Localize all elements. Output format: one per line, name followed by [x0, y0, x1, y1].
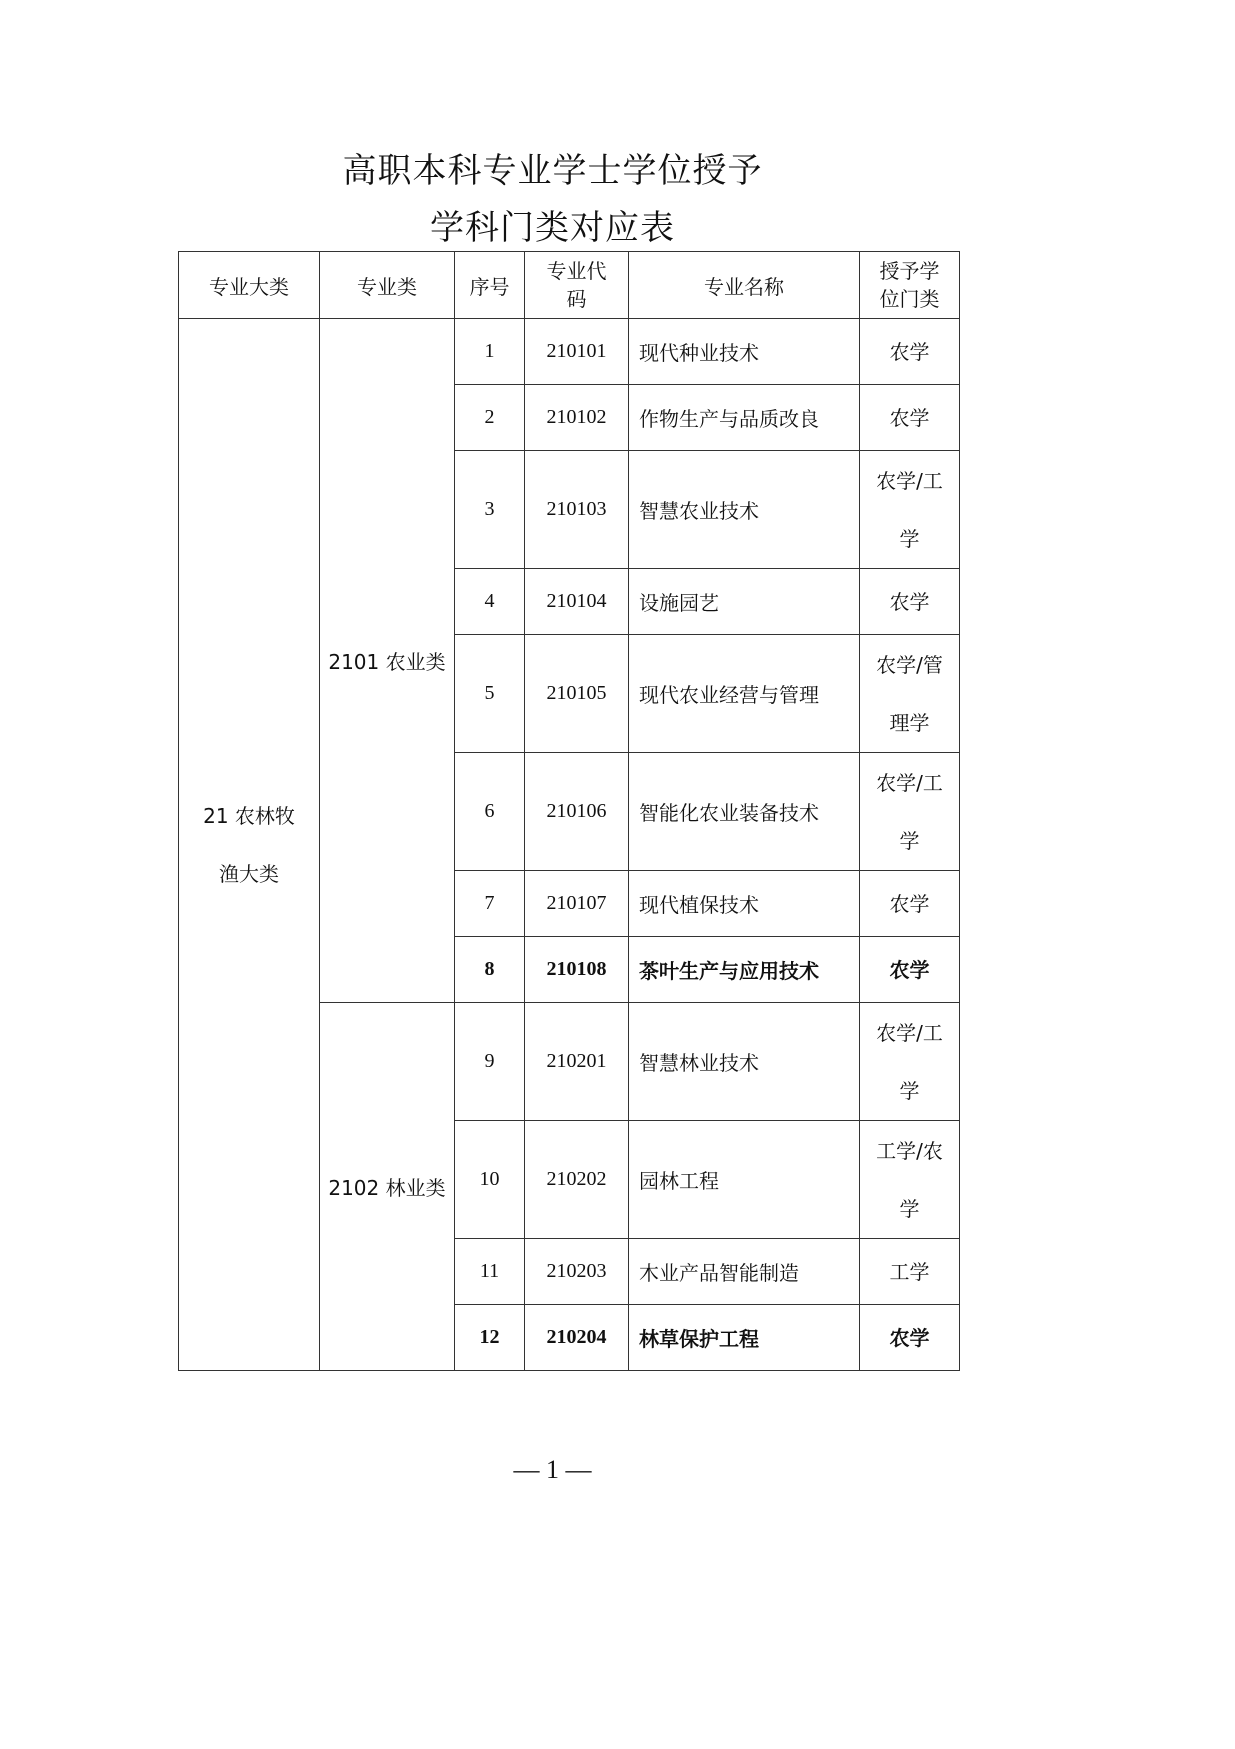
major-name-cell: 园林工程 [629, 1121, 860, 1239]
degree-cell: 工学/农学 [860, 1121, 960, 1239]
degree-cell: 农学 [860, 319, 960, 385]
degree-text: 工学/农学 [875, 1122, 945, 1238]
degree-cell: 农学/工学 [860, 753, 960, 871]
degree-text: 农学/工学 [875, 1004, 945, 1120]
major-name-cell: 智慧农业技术 [629, 451, 860, 569]
degree-cell: 农学 [860, 937, 960, 1003]
degree-cell: 农学 [860, 569, 960, 635]
major-name-cell: 现代农业经营与管理 [629, 635, 860, 753]
degree-text: 农学 [875, 875, 945, 933]
seq-cell: 10 [455, 1121, 525, 1239]
header-degree-text: 授予学位门类 [878, 257, 942, 313]
document-title-line1: 高职本科专业学士学位授予 [0, 143, 1105, 192]
document-title-line2: 学科门类对应表 [0, 200, 1105, 249]
code-cell: 210105 [525, 635, 629, 753]
table-row: 21 农林牧渔大类2101 农业类1210101现代种业技术农学 [179, 319, 960, 385]
code-cell: 210203 [525, 1239, 629, 1305]
major-name-cell: 茶叶生产与应用技术 [629, 937, 860, 1003]
seq-cell: 8 [455, 937, 525, 1003]
seq-cell: 7 [455, 871, 525, 937]
seq-cell: 3 [455, 451, 525, 569]
major-name-cell: 现代种业技术 [629, 319, 860, 385]
degree-cell: 农学/管理学 [860, 635, 960, 753]
degree-cell: 农学/工学 [860, 1003, 960, 1121]
header-degree: 授予学位门类 [860, 252, 960, 319]
major-name-cell: 作物生产与品质改良 [629, 385, 860, 451]
table-body: 21 农林牧渔大类2101 农业类1210101现代种业技术农学2210102作… [179, 319, 960, 1371]
degree-cell: 农学 [860, 385, 960, 451]
degree-cell: 农学 [860, 1305, 960, 1371]
major-name-cell: 设施园艺 [629, 569, 860, 635]
seq-cell: 6 [455, 753, 525, 871]
major-name-cell: 林草保护工程 [629, 1305, 860, 1371]
major-name-cell: 智慧林业技术 [629, 1003, 860, 1121]
seq-cell: 4 [455, 569, 525, 635]
header-name: 专业名称 [629, 252, 860, 319]
code-cell: 210101 [525, 319, 629, 385]
degree-text: 农学/工学 [875, 452, 945, 568]
code-cell: 210202 [525, 1121, 629, 1239]
degree-text: 农学/管理学 [875, 636, 945, 752]
code-cell: 210108 [525, 937, 629, 1003]
seq-cell: 11 [455, 1239, 525, 1305]
code-cell: 210102 [525, 385, 629, 451]
header-major-class: 专业类 [320, 252, 455, 319]
degree-cell: 农学 [860, 871, 960, 937]
page-number: — 1 — [0, 1455, 1105, 1485]
header-code-text: 专业代码 [545, 257, 609, 313]
seq-cell: 2 [455, 385, 525, 451]
header-code: 专业代码 [525, 252, 629, 319]
degree-text: 农学 [875, 1309, 945, 1367]
seq-cell: 12 [455, 1305, 525, 1371]
major-name-cell: 现代植保技术 [629, 871, 860, 937]
major-name-cell: 智能化农业装备技术 [629, 753, 860, 871]
code-cell: 210204 [525, 1305, 629, 1371]
code-cell: 210107 [525, 871, 629, 937]
degree-text: 农学 [875, 323, 945, 381]
seq-cell: 1 [455, 319, 525, 385]
degree-text: 农学/工学 [875, 754, 945, 870]
major-name-cell: 木业产品智能制造 [629, 1239, 860, 1305]
degree-text: 农学 [875, 389, 945, 447]
code-cell: 210104 [525, 569, 629, 635]
table-header-row: 专业大类 专业类 序号 专业代码 专业名称 授予学位门类 [179, 252, 960, 319]
major-class-cell: 2102 林业类 [320, 1003, 455, 1371]
seq-cell: 9 [455, 1003, 525, 1121]
major-category-text: 21 农林牧渔大类 [194, 787, 304, 903]
header-major-category: 专业大类 [179, 252, 320, 319]
seq-cell: 5 [455, 635, 525, 753]
code-cell: 210201 [525, 1003, 629, 1121]
code-cell: 210106 [525, 753, 629, 871]
degree-text: 农学 [875, 573, 945, 631]
degree-cell: 工学 [860, 1239, 960, 1305]
header-seq: 序号 [455, 252, 525, 319]
degree-text: 农学 [875, 941, 945, 999]
degree-mapping-table: 专业大类 专业类 序号 专业代码 专业名称 授予学位门类 21 农林牧渔大类21… [178, 251, 960, 1371]
degree-cell: 农学/工学 [860, 451, 960, 569]
code-cell: 210103 [525, 451, 629, 569]
major-category-cell: 21 农林牧渔大类 [179, 319, 320, 1371]
degree-text: 工学 [875, 1243, 945, 1301]
major-class-cell: 2101 农业类 [320, 319, 455, 1003]
